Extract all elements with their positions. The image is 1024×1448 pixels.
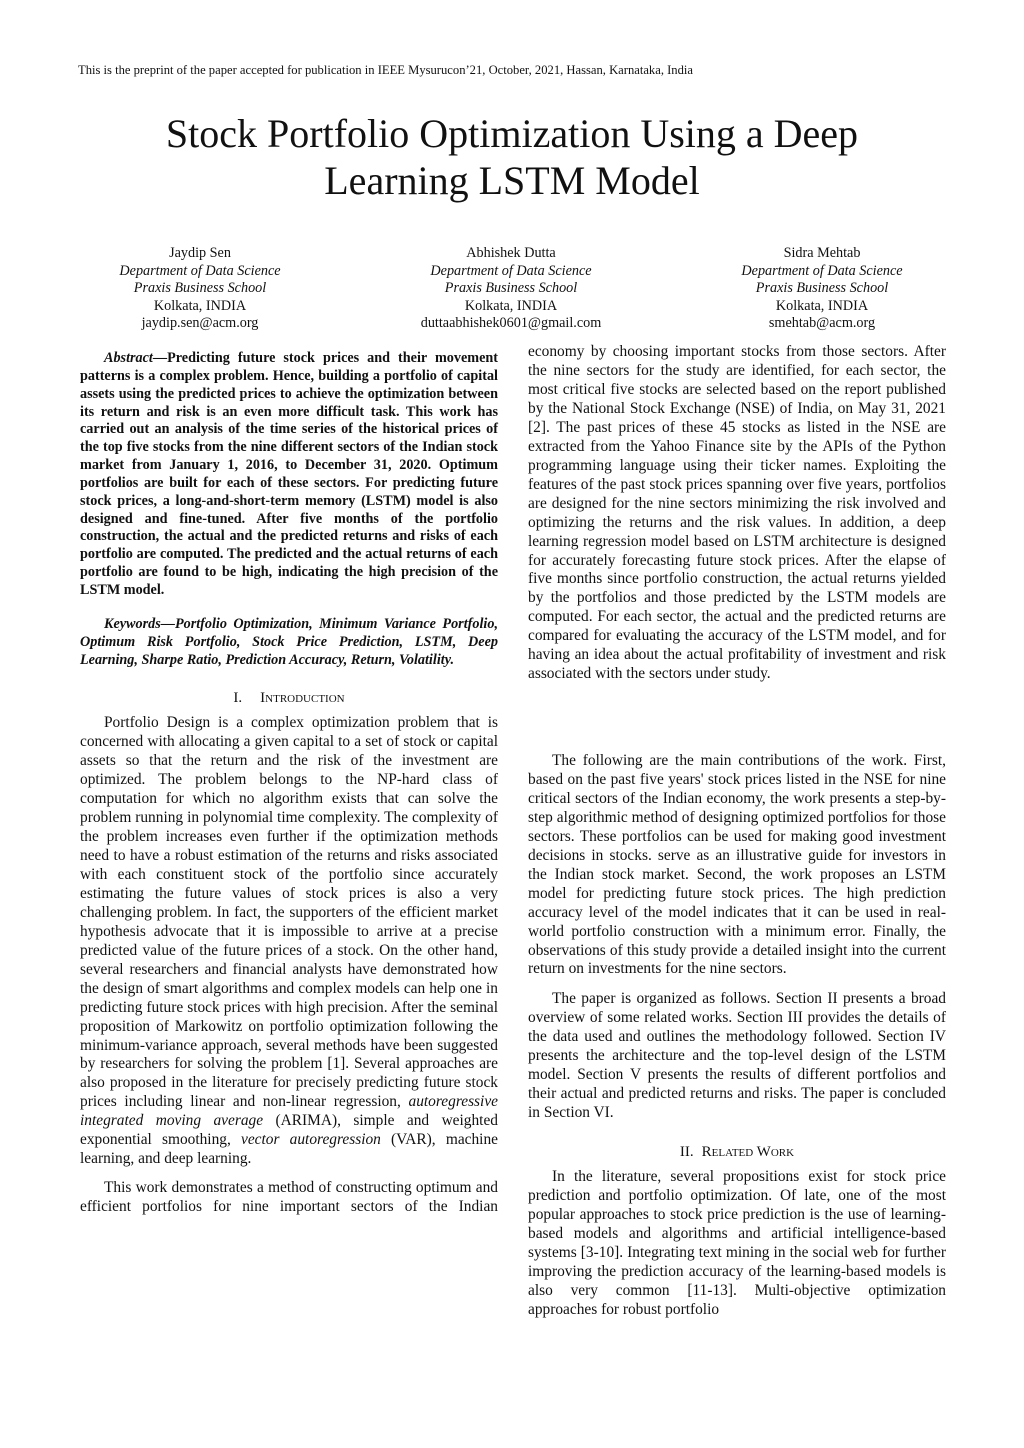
abstract-dash: — (153, 350, 167, 366)
author-email[interactable]: jaydip.sen@acm.org (50, 315, 350, 333)
author-card: Abhishek Dutta Department of Data Scienc… (361, 245, 661, 333)
author-institution: Praxis Business School (672, 280, 972, 298)
author-email[interactable]: duttaabhishek0601@gmail.com (361, 315, 661, 333)
author-card: Jaydip Sen Department of Data Science Pr… (50, 245, 350, 333)
section-number: II. (680, 1144, 694, 1160)
keywords-dash: — (161, 616, 175, 632)
paragraph-text: This work demonstrates a method of const… (528, 343, 946, 684)
paper-title-line1: Stock Portfolio Optimization Using a Dee… (166, 111, 858, 156)
paper-title-line2: Learning LSTM Model (324, 158, 700, 203)
preprint-note: This is the preprint of the paper accept… (78, 63, 693, 78)
author-name: Jaydip Sen (50, 245, 350, 263)
intro-paragraph-2-continued: This work demonstrates a method of const… (528, 343, 946, 741)
keywords-label: Keywords (104, 616, 161, 632)
section-number: I. (233, 690, 242, 706)
intro-paragraph-1: Portfolio Design is a complex optimizati… (80, 714, 498, 1169)
author-location: Kolkata, INDIA (50, 298, 350, 316)
author-institution: Praxis Business School (50, 280, 350, 298)
right-column: This work demonstrates a method of const… (528, 343, 946, 1320)
author-location: Kolkata, INDIA (672, 298, 972, 316)
left-column: Abstract—Predicting future stock prices … (80, 350, 498, 1217)
author-card: Sidra Mehtab Department of Data Science … (672, 245, 972, 333)
author-department: Department of Data Science (50, 263, 350, 281)
author-email[interactable]: smehtab@acm.org (672, 315, 972, 333)
author-location: Kolkata, INDIA (361, 298, 661, 316)
author-institution: Praxis Business School (361, 280, 661, 298)
section-title: Introduction (260, 690, 344, 706)
section-heading-related-work: II.Related Work (528, 1143, 946, 1162)
section-heading-introduction: I.Introduction (80, 689, 498, 708)
paper-title: Stock Portfolio Optimization Using a Dee… (0, 110, 1024, 204)
intro-paragraph-2: This work demonstrates a method of const… (80, 1179, 498, 1217)
emphasis-text: vector autoregression (241, 1131, 381, 1148)
intro-paragraph-3: The following are the main contributions… (528, 752, 946, 979)
abstract-label: Abstract (104, 350, 153, 366)
author-name: Abhishek Dutta (361, 245, 661, 263)
author-department: Department of Data Science (361, 263, 661, 281)
author-department: Department of Data Science (672, 263, 972, 281)
abstract: Abstract—Predicting future stock prices … (80, 350, 498, 600)
abstract-text: Predicting future stock prices and their… (80, 350, 498, 598)
keywords: Keywords—Portfolio Optimization, Minimum… (80, 616, 498, 670)
author-name: Sidra Mehtab (672, 245, 972, 263)
section-title: Related Work (702, 1144, 794, 1160)
paragraph-text: Portfolio Design is a complex optimizati… (80, 714, 498, 1110)
related-paragraph-1: In the literature, several propositions … (528, 1168, 946, 1320)
intro-paragraph-4: The paper is organized as follows. Secti… (528, 990, 946, 1123)
